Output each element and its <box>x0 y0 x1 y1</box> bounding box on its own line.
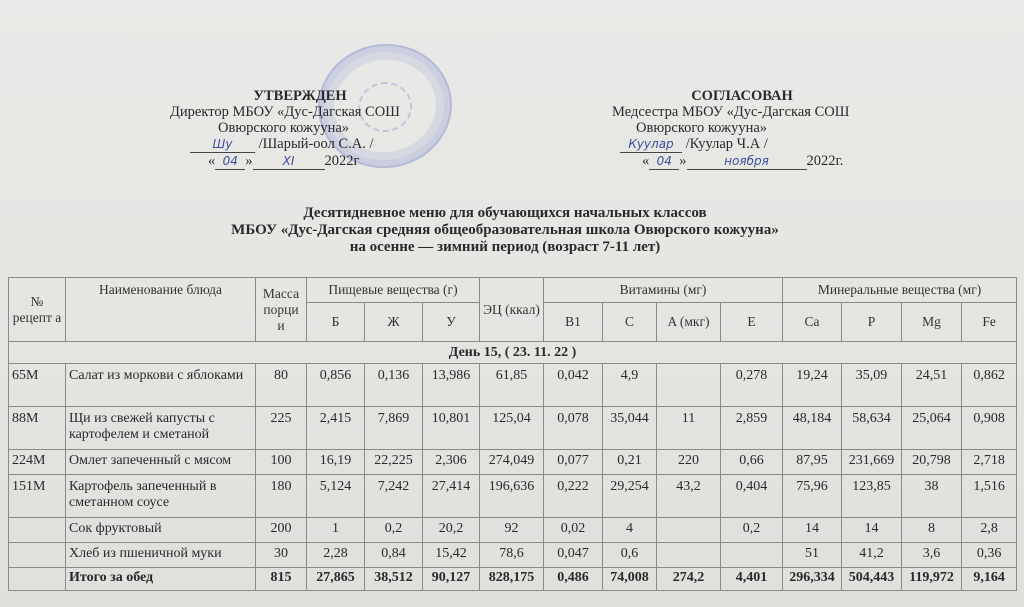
cell-e <box>721 543 783 568</box>
header-b1: B1 <box>544 303 603 342</box>
cell-code: 151М <box>9 475 66 518</box>
cell-mg: 3,6 <box>902 543 962 568</box>
cell-name: Хлеб из пшеничной муки <box>66 543 256 568</box>
cell-b1: 0,078 <box>544 407 603 450</box>
cell-b: 5,124 <box>307 475 365 518</box>
cell-energy: 125,04 <box>480 407 544 450</box>
cell-code <box>9 543 66 568</box>
header-ca: Ca <box>783 303 842 342</box>
cell-name: Омлет запеченный с мясом <box>66 450 256 475</box>
table-row: 224МОмлет запеченный с мясом10016,1922,2… <box>9 450 1017 475</box>
header-minerals: Минеральные вещества (мг) <box>783 278 1017 303</box>
cell-u: 20,2 <box>423 518 480 543</box>
cell-e: 0,278 <box>721 364 783 407</box>
header-fe: Fe <box>962 303 1017 342</box>
cell-code <box>9 518 66 543</box>
cell-code: 65М <box>9 364 66 407</box>
approved-org: Овюрского кожууна» <box>170 120 430 136</box>
cell-mass: 200 <box>256 518 307 543</box>
table-row: Хлеб из пшеничной муки302,280,8415,4278,… <box>9 543 1017 568</box>
approved-title: УТВЕРЖДЕН <box>170 88 430 104</box>
menu-document: УТВЕРЖДЕН Директор МБОУ «Дус-Дагская СОШ… <box>0 0 1024 607</box>
cell-b1: 0,042 <box>544 364 603 407</box>
cell-a: 274,2 <box>657 568 721 591</box>
cell-ca: 48,184 <box>783 407 842 450</box>
cell-b: 1 <box>307 518 365 543</box>
approved-year: 2022г <box>325 153 360 169</box>
header-mass: Масса порци и <box>256 278 307 342</box>
cell-energy: 196,636 <box>480 475 544 518</box>
cell-code: 88М <box>9 407 66 450</box>
header-e: E <box>721 303 783 342</box>
agreed-year: 2022г. <box>807 153 844 169</box>
cell-code <box>9 568 66 591</box>
cell-zh: 0,136 <box>365 364 423 407</box>
cell-p: 35,09 <box>842 364 902 407</box>
header-mg: Mg <box>902 303 962 342</box>
cell-u: 15,42 <box>423 543 480 568</box>
cell-b: 27,865 <box>307 568 365 591</box>
title-line-3: на осенне — зимний период (возраст 7-11 … <box>180 239 830 256</box>
table-row: 88МЩи из свежей капусты с картофелем и с… <box>9 407 1017 450</box>
cell-b: 2,415 <box>307 407 365 450</box>
cell-c: 35,044 <box>603 407 657 450</box>
header-nutrients: Пищевые вещества (г) <box>307 278 480 303</box>
cell-fe: 2,718 <box>962 450 1017 475</box>
table-row: Сок фруктовый20010,220,2920,0240,2141482… <box>9 518 1017 543</box>
cell-mg: 25,064 <box>902 407 962 450</box>
cell-b1: 0,486 <box>544 568 603 591</box>
cell-b1: 0,047 <box>544 543 603 568</box>
cell-e: 2,859 <box>721 407 783 450</box>
agreed-name: /Куулар Ч.А / <box>686 136 768 152</box>
cell-c: 4 <box>603 518 657 543</box>
cell-b1: 0,222 <box>544 475 603 518</box>
cell-mg: 38 <box>902 475 962 518</box>
cell-u: 27,414 <box>423 475 480 518</box>
cell-energy: 92 <box>480 518 544 543</box>
header-a: A (мкг) <box>657 303 721 342</box>
cell-b1: 0,077 <box>544 450 603 475</box>
agreed-signature: Куулар <box>620 136 682 153</box>
table-row: 151МКартофель запеченный в сметанном соу… <box>9 475 1017 518</box>
header-b: Б <box>307 303 365 342</box>
cell-name: Картофель запеченный в сметанном соусе <box>66 475 256 518</box>
cell-energy: 78,6 <box>480 543 544 568</box>
menu-table: № рецепт а Наименование блюда Масса порц… <box>8 277 1017 591</box>
cell-mg: 24,51 <box>902 364 962 407</box>
day-label: День 15, ( 23. 11. 22 ) <box>9 342 1017 364</box>
cell-c: 74,008 <box>603 568 657 591</box>
cell-u: 13,986 <box>423 364 480 407</box>
cell-p: 14 <box>842 518 902 543</box>
cell-fe: 1,516 <box>962 475 1017 518</box>
agreed-month: ноября <box>687 153 807 170</box>
cell-p: 58,634 <box>842 407 902 450</box>
cell-a <box>657 364 721 407</box>
cell-mass: 30 <box>256 543 307 568</box>
cell-name: Сок фруктовый <box>66 518 256 543</box>
cell-ca: 19,24 <box>783 364 842 407</box>
approved-position: Директор МБОУ «Дус-Дагская СОШ <box>170 104 430 120</box>
table-row: 65МСалат из моркови с яблоками800,8560,1… <box>9 364 1017 407</box>
cell-name: Щи из свежей капусты с картофелем и смет… <box>66 407 256 450</box>
header-dish: Наименование блюда <box>66 278 256 342</box>
header-vitamins: Витамины (мг) <box>544 278 783 303</box>
approved-block: УТВЕРЖДЕН Директор МБОУ «Дус-Дагская СОШ… <box>170 88 430 170</box>
cell-e: 0,404 <box>721 475 783 518</box>
cell-e: 0,2 <box>721 518 783 543</box>
cell-fe: 0,36 <box>962 543 1017 568</box>
header-u: У <box>423 303 480 342</box>
cell-mg: 119,972 <box>902 568 962 591</box>
cell-mass: 225 <box>256 407 307 450</box>
cell-name: Салат из моркови с яблоками <box>66 364 256 407</box>
agreed-position: Медсестра МБОУ «Дус-Дагская СОШ <box>612 104 912 120</box>
cell-b: 16,19 <box>307 450 365 475</box>
cell-a: 43,2 <box>657 475 721 518</box>
cell-mg: 8 <box>902 518 962 543</box>
cell-zh: 0,2 <box>365 518 423 543</box>
cell-name: Итого за обед <box>66 568 256 591</box>
cell-mass: 815 <box>256 568 307 591</box>
cell-fe: 0,908 <box>962 407 1017 450</box>
cell-fe: 0,862 <box>962 364 1017 407</box>
title-line-1: Десятидневное меню для обучающихся начал… <box>180 205 830 222</box>
document-title: Десятидневное меню для обучающихся начал… <box>180 205 830 256</box>
cell-energy: 828,175 <box>480 568 544 591</box>
agreed-title: СОГЛАСОВАН <box>612 88 912 104</box>
cell-ca: 296,334 <box>783 568 842 591</box>
cell-mass: 100 <box>256 450 307 475</box>
cell-fe: 9,164 <box>962 568 1017 591</box>
cell-a: 11 <box>657 407 721 450</box>
header-p: P <box>842 303 902 342</box>
cell-e: 4,401 <box>721 568 783 591</box>
header-zh: Ж <box>365 303 423 342</box>
cell-p: 504,443 <box>842 568 902 591</box>
cell-a <box>657 543 721 568</box>
cell-c: 29,254 <box>603 475 657 518</box>
cell-a: 220 <box>657 450 721 475</box>
approved-day: 04 <box>215 153 245 170</box>
cell-c: 4,9 <box>603 364 657 407</box>
cell-p: 123,85 <box>842 475 902 518</box>
cell-ca: 51 <box>783 543 842 568</box>
approved-signature: Шу <box>190 136 255 153</box>
agreed-org: Овюрского кожууна» <box>612 120 912 136</box>
header-energy: ЭЦ (ккал) <box>480 278 544 342</box>
cell-a <box>657 518 721 543</box>
cell-zh: 7,869 <box>365 407 423 450</box>
cell-zh: 22,225 <box>365 450 423 475</box>
cell-energy: 61,85 <box>480 364 544 407</box>
cell-ca: 87,95 <box>783 450 842 475</box>
title-line-2: МБОУ «Дус-Дагская средняя общеобразовате… <box>180 222 830 239</box>
approved-month: XI <box>253 153 325 170</box>
cell-b: 0,856 <box>307 364 365 407</box>
approved-name: /Шарый-оол С.А. / <box>259 136 374 152</box>
cell-mass: 180 <box>256 475 307 518</box>
cell-u: 10,801 <box>423 407 480 450</box>
header-c: C <box>603 303 657 342</box>
cell-c: 0,6 <box>603 543 657 568</box>
cell-mass: 80 <box>256 364 307 407</box>
cell-energy: 274,049 <box>480 450 544 475</box>
cell-zh: 0,84 <box>365 543 423 568</box>
cell-u: 90,127 <box>423 568 480 591</box>
cell-u: 2,306 <box>423 450 480 475</box>
cell-mg: 20,798 <box>902 450 962 475</box>
cell-p: 231,669 <box>842 450 902 475</box>
total-row: Итого за обед81527,86538,51290,127828,17… <box>9 568 1017 591</box>
agreed-day: 04 <box>649 153 679 170</box>
agreed-block: СОГЛАСОВАН Медсестра МБОУ «Дус-Дагская С… <box>612 88 912 170</box>
cell-ca: 14 <box>783 518 842 543</box>
cell-fe: 2,8 <box>962 518 1017 543</box>
cell-ca: 75,96 <box>783 475 842 518</box>
cell-b: 2,28 <box>307 543 365 568</box>
cell-zh: 38,512 <box>365 568 423 591</box>
cell-b1: 0,02 <box>544 518 603 543</box>
cell-p: 41,2 <box>842 543 902 568</box>
header-recipe: № рецепт а <box>9 278 66 342</box>
cell-code: 224М <box>9 450 66 475</box>
cell-c: 0,21 <box>603 450 657 475</box>
cell-e: 0,66 <box>721 450 783 475</box>
cell-zh: 7,242 <box>365 475 423 518</box>
